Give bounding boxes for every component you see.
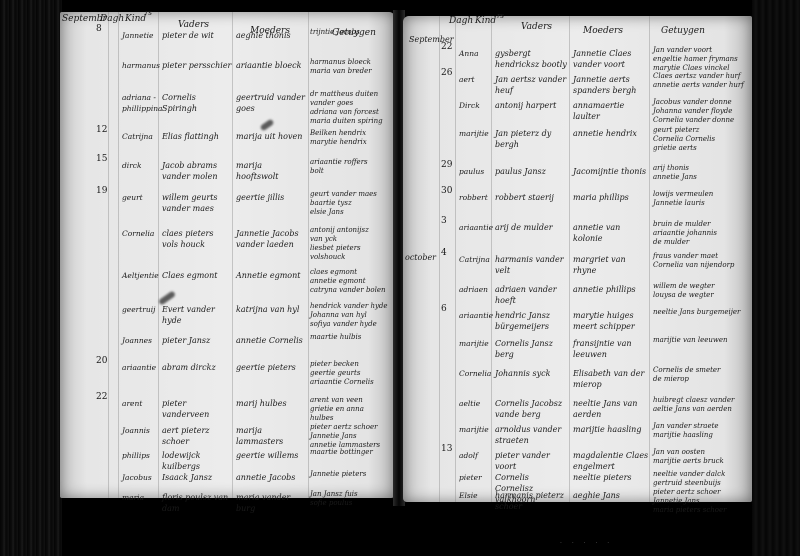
entry-witness: hendrick vander hyde — [310, 302, 388, 311]
entry-child: dirck — [122, 160, 160, 171]
entry-mother: geertruid vander goes — [236, 92, 306, 114]
entry-witness: baartie tysz — [310, 199, 352, 208]
entry-witness: louysa de wegter — [653, 291, 714, 300]
entry-day: 4 — [441, 248, 447, 259]
entry-witness: catryna vander bolen — [310, 286, 386, 295]
entry-child: robbert — [459, 192, 493, 203]
entry-mother: marytie huiges meert schipper — [573, 310, 649, 332]
header-father: Vaders — [521, 22, 552, 33]
header-witnesses: Getuygen — [661, 26, 705, 37]
entry-child: Joannes — [122, 335, 160, 346]
entry-witness: Jan vander straete — [653, 422, 719, 431]
entry-witness: Cornelis de smeter — [653, 366, 720, 375]
column-rule — [232, 12, 233, 498]
entry-witness: marijtie aerts bruck — [653, 457, 724, 466]
entry-child: Joannis — [122, 425, 160, 436]
entry-witness: Cornelia vander donne — [653, 116, 734, 125]
entry-day: 12 — [96, 125, 107, 136]
entry-witness: grietie aerts — [653, 144, 697, 153]
entry-father: Claes egmont — [162, 270, 232, 281]
entry-mother: katrijna van hyl — [236, 304, 306, 315]
entry-mother: neeltie Jans van aerden — [573, 398, 649, 420]
entry-child: aert — [459, 74, 493, 85]
entry-father: aert pieterz schoer — [162, 425, 232, 447]
entry-mother: annamaertie laulter — [573, 100, 649, 122]
entry-mother: maria phillips — [573, 192, 649, 203]
entry-day: 8 — [96, 24, 102, 35]
entry-mother: annetie Cornelis — [236, 335, 306, 346]
entry-child: geurt — [122, 192, 160, 203]
entry-witness: annetie aerts vander hurf — [653, 81, 744, 90]
entry-witness: claes egmont — [310, 268, 357, 277]
entry-witness: engeltie hamer frymans — [653, 55, 738, 64]
entry-witness: pieter aertz schoer — [653, 488, 721, 497]
right-page: Dagh Kind rs Vaders Moeders Getuygen Sep… — [403, 16, 752, 502]
entry-witness: marytie hendrix — [310, 138, 367, 147]
entry-witness: de mulder — [653, 238, 689, 247]
entry-father: pieter vanderveen — [162, 398, 232, 420]
entry-witness: vander goes — [310, 99, 353, 108]
entry-mother: Elisabeth van der mierop — [573, 368, 649, 390]
entry-witness: aeltie Jans van aerden — [653, 405, 732, 414]
entry-father: robbert staerij — [495, 192, 569, 203]
entry-witness: maartie hulbis — [310, 333, 361, 342]
entry-witness: ariaantie johannis — [653, 229, 717, 238]
entry-day: 22 — [441, 42, 452, 53]
month-marker-october: october — [405, 252, 436, 263]
entry-mother: geertie pieters — [236, 362, 306, 373]
entry-child: Cornelia — [122, 228, 160, 239]
entry-mother: annetie phillips — [573, 284, 649, 295]
entry-witness: bolt — [310, 167, 324, 176]
entry-witness: geurt vander maes — [310, 190, 377, 199]
entry-witness: Jan Jansz fuis — [310, 490, 358, 499]
entry-day: 6 — [441, 304, 447, 315]
entry-father: abram dirckz — [162, 362, 232, 373]
entry-father: Jan aertsz vander heuf — [495, 74, 569, 96]
entry-witness: Johanna van hyl — [310, 311, 367, 320]
entry-witness: Jacobus vander donne — [653, 98, 732, 107]
entry-witness: trijntie Jacobs — [310, 28, 360, 37]
left-page: Septembr Dagh Kind rs Vaders Moeders Get… — [60, 12, 395, 498]
entry-child: Cornelia — [459, 368, 493, 379]
column-rule — [439, 16, 440, 502]
entry-witness: arij thonis — [653, 164, 689, 173]
entry-witness: Jan van oosten — [653, 448, 705, 457]
entry-father: gysbergt hendricksz bootly — [495, 48, 569, 70]
entry-witness: Jan vander voort — [653, 46, 712, 55]
entry-mother: aeghie thonis — [236, 30, 306, 41]
entry-witness: grietie en anna — [310, 405, 364, 414]
entry-father: harmanis pieterz schoer — [495, 490, 569, 512]
entry-child: Jacobus — [122, 472, 160, 483]
entry-child: Jannetie — [122, 30, 160, 41]
entry-witness: Cornelia Cornelis — [653, 135, 715, 144]
entry-day: 13 — [441, 444, 452, 455]
entry-child: Anna — [459, 48, 493, 59]
entry-day: 3 — [441, 216, 447, 227]
column-rule — [118, 12, 119, 498]
entry-father: pieter vander voort — [495, 450, 569, 472]
entry-father: claes pieters vols houck — [162, 228, 232, 250]
entry-witness: marijtie van leeuwen — [653, 336, 728, 345]
entry-father: Cornelis Jansz berg — [495, 338, 569, 360]
entry-child: adriaen — [459, 284, 493, 295]
entry-child: aeltie — [459, 398, 493, 409]
entry-mother: marija lammasters — [236, 425, 306, 447]
entry-witness: hulbes — [310, 414, 333, 423]
entry-child: Elsie — [459, 490, 493, 501]
entry-day: 15 — [96, 154, 107, 165]
column-rule — [569, 16, 570, 502]
entry-father: Jan pieterz dy bergh — [495, 128, 569, 150]
entry-child: arent — [122, 398, 160, 409]
entry-mother: fransijntie van leeuwen — [573, 338, 649, 360]
entry-day: 19 — [96, 186, 107, 197]
entry-witness: Jannetie Jans — [310, 432, 357, 441]
entry-witness: maartie bottinger — [310, 448, 373, 457]
entry-child: maria — [122, 492, 160, 503]
entry-child: Catrijna — [459, 254, 493, 265]
entry-day: 20 — [96, 356, 107, 367]
column-rule — [308, 12, 309, 498]
entry-father: Elias flattingh — [162, 131, 232, 142]
entry-father: adriaen vander hoeft — [495, 284, 569, 306]
book-binding-right — [752, 0, 800, 556]
scan-edge-marks: · · · · · — [560, 540, 613, 547]
entry-witness: adriana van forcest — [310, 108, 379, 117]
entry-child: adolf — [459, 450, 493, 461]
header-mother: Moeders — [583, 26, 623, 37]
entry-father: lodewijck kuilbergs — [162, 450, 232, 472]
entry-father: antonij harpert — [495, 100, 569, 111]
entry-witness: lowijs vermeulen — [653, 190, 713, 199]
entry-father: arnoldus vander straeten — [495, 424, 569, 446]
column-rule — [455, 16, 456, 502]
entry-witness: willem de wegter — [653, 282, 714, 291]
entry-witness: de mierop — [653, 375, 689, 384]
entry-father: harmanis vander velt — [495, 254, 569, 276]
entry-mother: aeghie Jans — [573, 490, 649, 501]
entry-witness: neeltie vander dalck — [653, 470, 725, 479]
header-day: Dagh — [100, 14, 124, 25]
entry-witness: pieter becken — [310, 360, 359, 369]
entry-father: arij de mulder — [495, 222, 569, 233]
entry-witness: maria van breder — [310, 67, 372, 76]
entry-mother: geertie jillis — [236, 192, 306, 203]
entry-mother: annetie hendrix — [573, 128, 649, 139]
entry-father: Evert vander hyde — [162, 304, 232, 326]
entry-father: Cornelis Jacobsz vande berg — [495, 398, 569, 420]
entry-witness: huibregt claesz vander — [653, 396, 734, 405]
entry-father: willem geurts vander maes — [162, 192, 232, 214]
entry-day: 26 — [441, 68, 452, 79]
entry-mother: Jannetie aerts spanders bergh — [573, 74, 649, 96]
entry-witness: harmanus bloeck — [310, 58, 371, 67]
entry-witness: gertruid steenbuijs — [653, 479, 721, 488]
entry-day: 29 — [441, 160, 452, 171]
header-child: Kind — [125, 14, 146, 25]
entry-child: harmanus — [122, 60, 160, 71]
entry-mother: maria vander burg — [236, 492, 306, 514]
entry-witness: dr mattheus duiten — [310, 90, 378, 99]
entry-father: hendric Jansz bürgemeijers — [495, 310, 569, 332]
entry-father: Isaack Jansz — [162, 472, 232, 483]
entry-child: marijtie — [459, 338, 493, 349]
entry-mother: annetie van kolonie — [573, 222, 649, 244]
entry-witness: annetie Jans — [653, 173, 697, 182]
entry-mother: marija hooftswolt — [236, 160, 306, 182]
entry-mother: marijtie haasling — [573, 424, 649, 435]
entry-mother: magdalentie Claes engelmert — [573, 450, 649, 472]
ink-smudge — [260, 119, 275, 132]
entry-child: Aeltjentie — [122, 270, 160, 281]
entry-mother: ariaantie bloeck — [236, 60, 306, 71]
entry-witness: Cornelia van nijendorp — [653, 261, 734, 270]
entry-child: Dirck — [459, 100, 493, 111]
entry-mother: Jannetie Claes vander voort — [573, 48, 649, 70]
entry-mother: Jannetie Jacobs vander laeden — [236, 228, 306, 250]
entry-mother: marij hulbes — [236, 398, 306, 409]
entry-father: pieter de wit — [162, 30, 232, 41]
entry-mother: margriet van rhyne — [573, 254, 649, 276]
entry-child: adriana - phillippina — [122, 92, 160, 114]
entry-witness: Jannetie Jans — [653, 497, 700, 506]
entry-child: marijtie — [459, 424, 493, 435]
entry-mother: geertie willems — [236, 450, 306, 461]
column-rule — [108, 12, 109, 498]
entry-father: floris poulsz van dam — [162, 492, 232, 514]
entry-child: paulus — [459, 166, 493, 177]
entry-child: ariaantie — [122, 362, 160, 373]
entry-witness: Claes aertsz vander hurf — [653, 72, 741, 81]
book-binding-left — [0, 0, 62, 556]
entry-child: phillips — [122, 450, 160, 461]
entry-mother: marija uit hoven — [236, 131, 306, 142]
entry-child: marijtie — [459, 128, 493, 139]
entry-witness: maria pieters schoer — [653, 506, 727, 515]
entry-witness: bruin de mulder — [653, 220, 711, 229]
header-child-sup: rs — [497, 11, 504, 22]
entry-witness: van yck — [310, 235, 337, 244]
entry-mother: annetie Jacobs — [236, 472, 306, 483]
entry-witness: maria duiten spiring — [310, 117, 383, 126]
header-child: Kind — [475, 16, 496, 27]
entry-father: Jacob abrams vander molen — [162, 160, 232, 182]
entry-witness: neeltie Jans burgemeijer — [653, 308, 740, 317]
entry-witness: volshouck — [310, 253, 345, 262]
entry-mother: neeltie pieters — [573, 472, 649, 483]
entry-child: ariaantie — [459, 222, 493, 233]
column-rule — [649, 16, 650, 502]
entry-child: Catrijna — [122, 131, 160, 142]
entry-father: pieter persschier — [162, 60, 232, 71]
header-day: Dagh — [449, 16, 473, 27]
entry-mother: Jacomijntie thonis — [573, 166, 649, 177]
entry-witness: liesbet pieters — [310, 244, 361, 253]
header-child-sup: rs — [145, 8, 152, 19]
entry-witness: pieter aertz schoer — [310, 423, 378, 432]
entry-witness: elsie Jans — [310, 208, 344, 217]
entry-witness: Beilken hendrix — [310, 129, 366, 138]
entry-witness: Johanna vander floyde — [653, 107, 732, 116]
entry-witness: geertie geurts — [310, 369, 360, 378]
entry-witness: ariaantie Cornelis — [310, 378, 374, 387]
entry-father: paulus Jansz — [495, 166, 569, 177]
entry-witness: antonij antonijsz — [310, 226, 369, 235]
entry-witness: annetie egmont — [310, 277, 366, 286]
entry-witness: Jannetie pieters — [310, 470, 366, 479]
entry-child: ariaantie — [459, 310, 493, 321]
entry-witness: geurt pieterz — [653, 126, 699, 135]
entry-day: 22 — [96, 392, 107, 403]
entry-witness: sofiya vander hyde — [310, 320, 377, 329]
entry-day: 30 — [441, 186, 452, 197]
entry-witness: arent van veen — [310, 396, 363, 405]
entry-witness: sofie poulus — [310, 499, 352, 508]
entry-mother: Annetie egmont — [236, 270, 306, 281]
entry-child: geertruij — [122, 304, 160, 315]
entry-witness: Jannetie lauris — [653, 199, 705, 208]
entry-father: Cornelis Spiringh — [162, 92, 232, 114]
entry-witness: fraus vander maet — [653, 252, 718, 261]
entry-witness: marijtie haasling — [653, 431, 713, 440]
entry-father: Johannis syck — [495, 368, 569, 379]
entry-child: pieter — [459, 472, 493, 483]
entry-witness: ariaantie roffers — [310, 158, 368, 167]
entry-father: pieter Jansz — [162, 335, 232, 346]
